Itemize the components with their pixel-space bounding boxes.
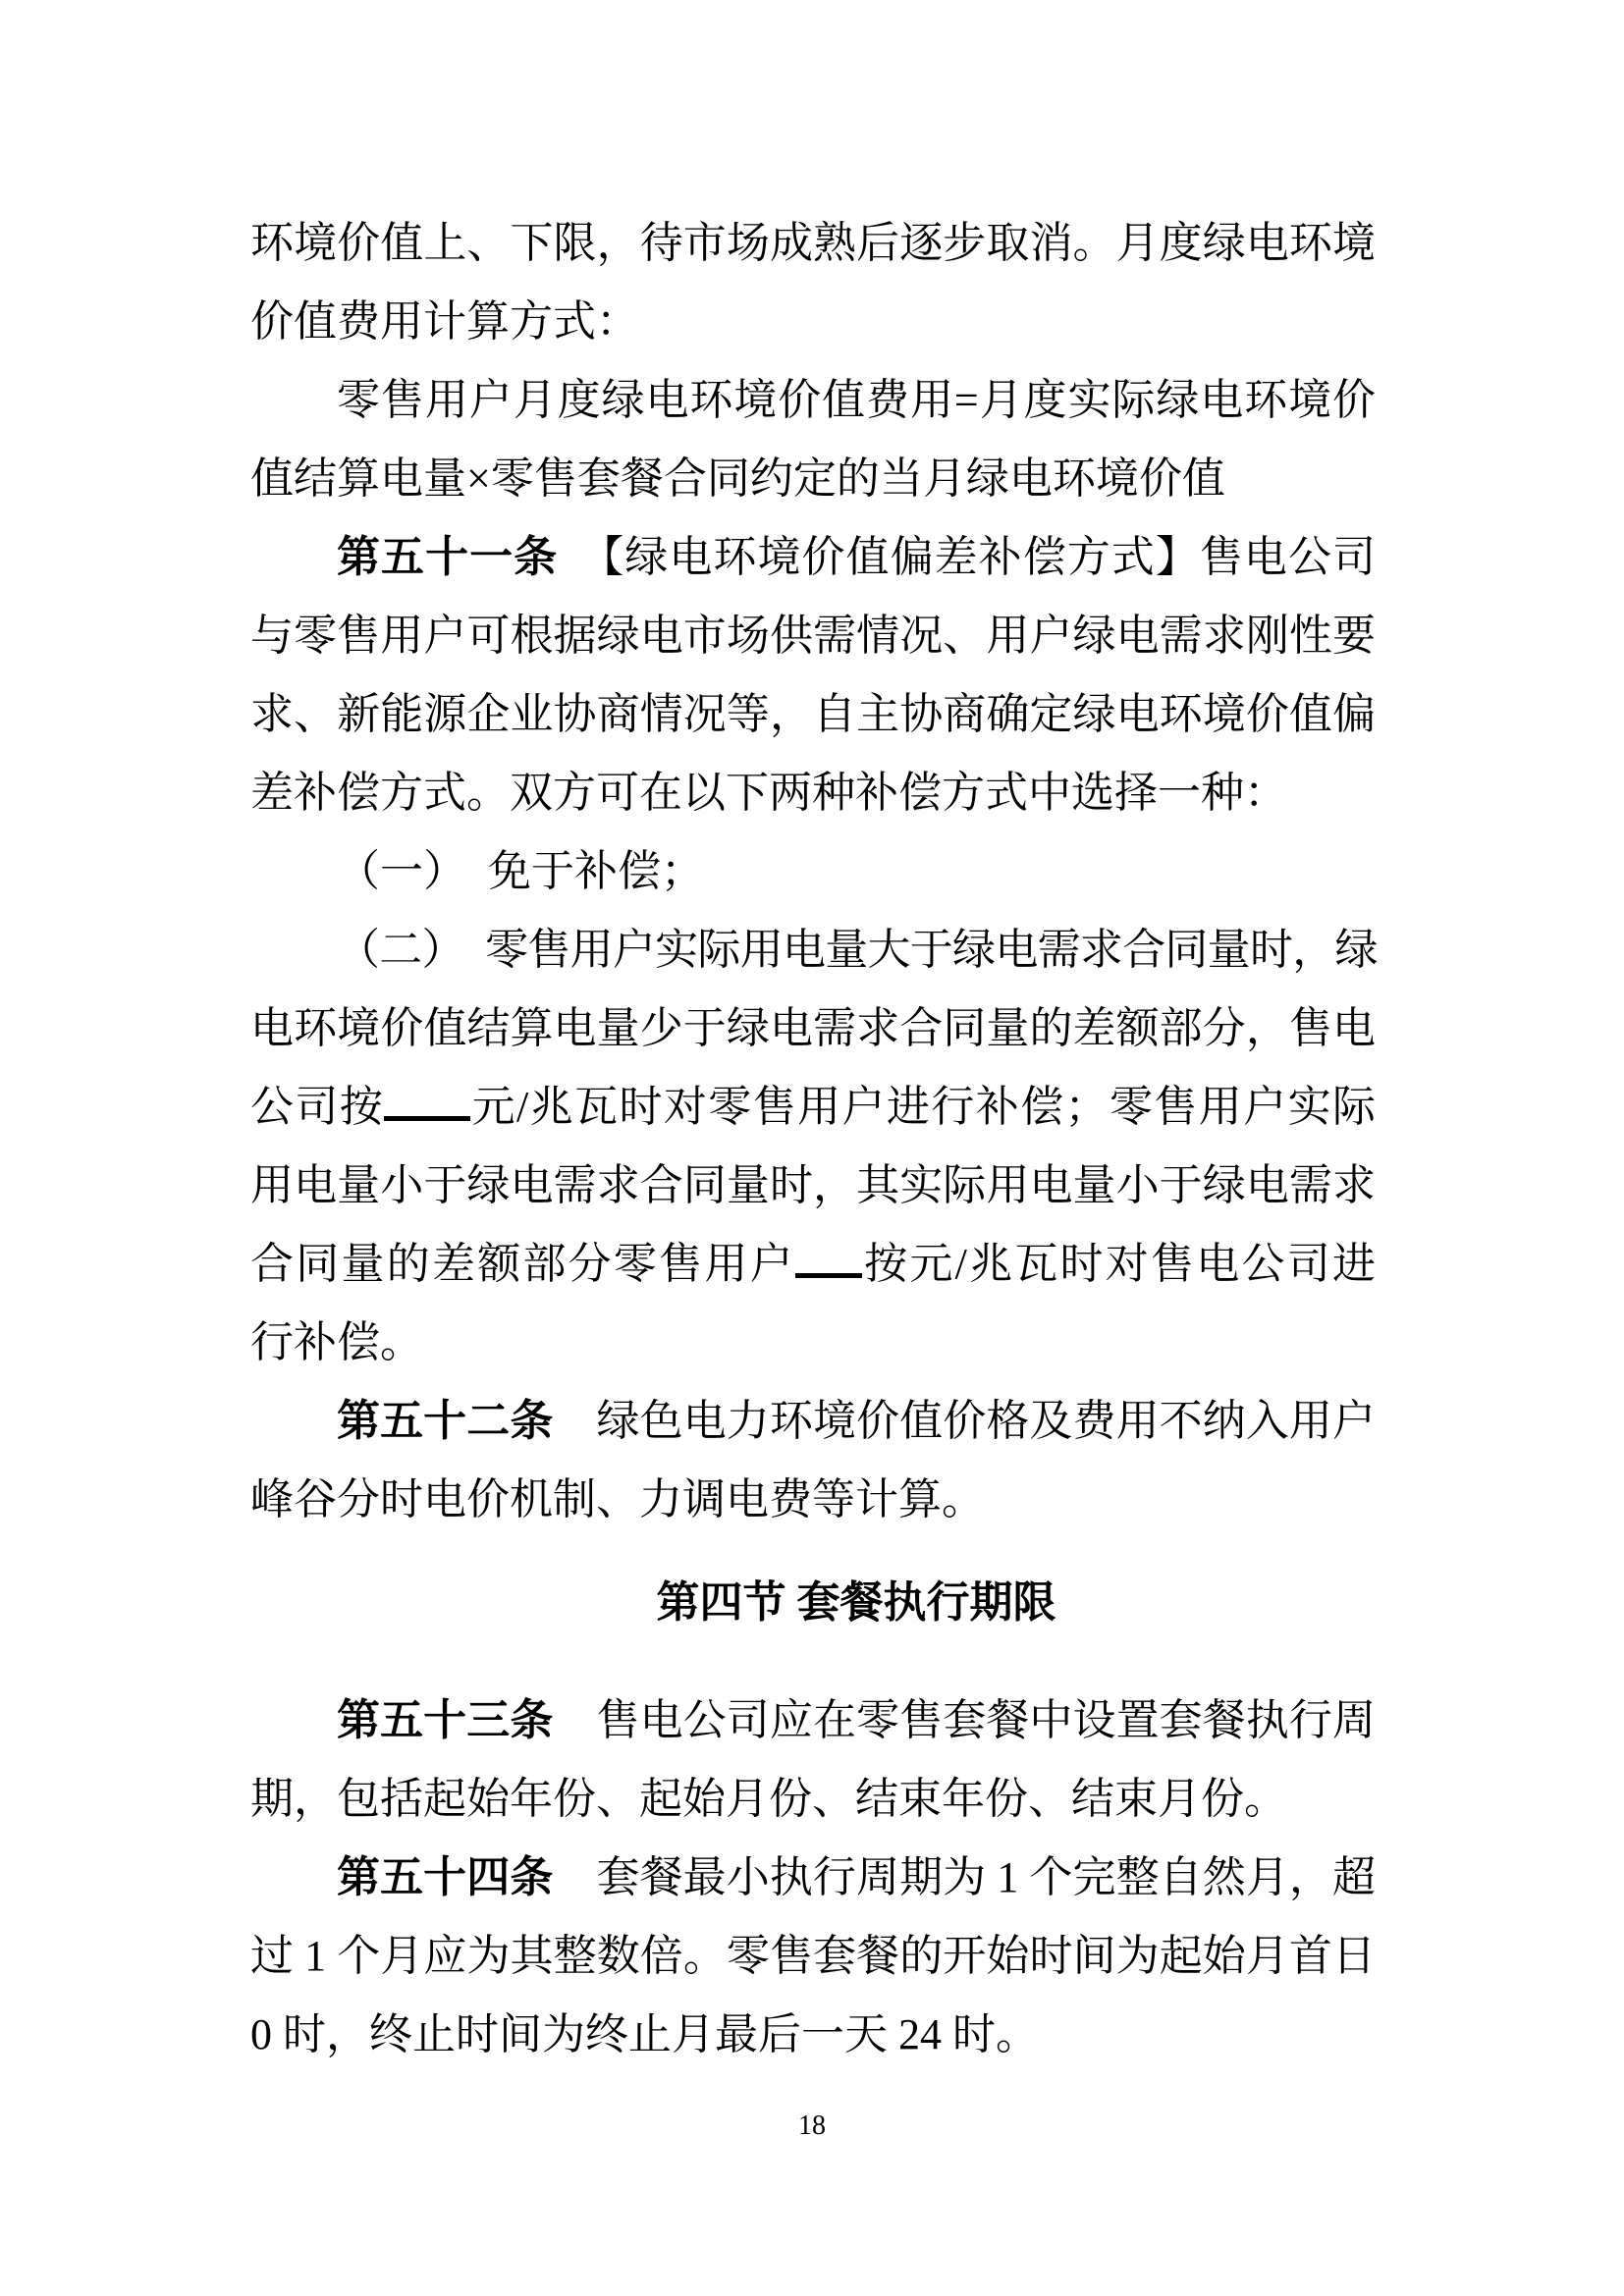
section-heading: 第四节 套餐执行期限 <box>250 1564 1376 1642</box>
text-segment: 售电公司应在零售套餐中设置套餐执行周 <box>597 1696 1376 1744</box>
text-segment <box>553 1696 596 1744</box>
text-line: （一） 免于补偿； <box>250 832 1376 911</box>
text-segment: 0 时，终止时间为终止月最后一天 24 时。 <box>250 2010 1039 2058</box>
text-line: 值结算电量×零售套餐合同约定的当月绿电环境价值 <box>250 440 1376 518</box>
text-segment: 第五十三条 <box>337 1696 553 1744</box>
text-segment: 电环境价值结算电量少于绿电需求合同量的差额部分，售电 <box>250 1004 1376 1052</box>
text-line: 电环境价值结算电量少于绿电需求合同量的差额部分，售电 <box>250 989 1376 1068</box>
text-line: （二） 零售用户实际用电量大于绿电需求合同量时，绿 <box>250 911 1376 989</box>
fill-in-blank <box>384 1080 470 1121</box>
text-segment: 用电量小于绿电需求合同量时，其实际用电量小于绿电需求 <box>250 1161 1376 1209</box>
text-segment: 与零售用户可根据绿电市场供需情况、用户绿电需求刚性要 <box>250 612 1376 660</box>
text-line: 第五十一条 【绿电环境价值偏差补偿方式】售电公司 <box>250 518 1376 597</box>
text-line: 求、新能源企业协商情况等，自主协商确定绿电环境价值偏 <box>250 675 1376 754</box>
text-line: 与零售用户可根据绿电市场供需情况、用户绿电需求刚性要 <box>250 597 1376 675</box>
text-segment: 过 1 个月应为其整数倍。零售套餐的开始时间为起始月首日 <box>250 1932 1376 1980</box>
page-number: 18 <box>0 2107 1624 2146</box>
text-segment: 第五十二条 <box>337 1397 553 1445</box>
text-line: 合同量的差额部分零售用户按元/兆瓦时对售电公司进 <box>250 1225 1376 1304</box>
text-segment: 第四节 套餐执行期限 <box>657 1578 1056 1627</box>
text-line: 期，包括起始年份、起始月份、结束年份、结束月份。 <box>250 1760 1376 1839</box>
text-segment: 价值费用计算方式： <box>250 297 639 346</box>
text-segment <box>553 1853 596 1901</box>
text-line: 0 时，终止时间为终止月最后一天 24 时。 <box>250 1996 1376 2074</box>
text-segment: 按元/兆瓦时对售电公司进 <box>862 1240 1376 1288</box>
text-line: 价值费用计算方式： <box>250 283 1376 361</box>
text-segment: 值结算电量×零售套餐合同约定的当月绿电环境价值 <box>250 454 1225 503</box>
text-segment: 公司按 <box>250 1083 384 1131</box>
text-segment: 第五十一条 <box>337 533 558 581</box>
text-line: 公司按元/兆瓦时对零售用户进行补偿；零售用户实际 <box>250 1068 1376 1147</box>
text-segment <box>558 533 602 581</box>
text-line: 用电量小于绿电需求合同量时，其实际用电量小于绿电需求 <box>250 1147 1376 1225</box>
text-segment: 期，包括起始年份、起始月份、结束年份、结束月份。 <box>250 1775 1287 1823</box>
text-segment: 差补偿方式。双方可在以下两种补偿方式中选择一种： <box>250 769 1287 817</box>
text-line: 第五十三条 售电公司应在零售套餐中设置套餐执行周 <box>250 1682 1376 1760</box>
text-segment <box>553 1397 596 1445</box>
text-line: 过 1 个月应为其整数倍。零售套餐的开始时间为起始月首日 <box>250 1917 1376 1996</box>
text-line: 行补偿。 <box>250 1304 1376 1382</box>
text-segment: （一） 免于补偿； <box>337 847 704 895</box>
text-segment: 第五十四条 <box>337 1853 553 1901</box>
text-line: 差补偿方式。双方可在以下两种补偿方式中选择一种： <box>250 754 1376 832</box>
document-page: 环境价值上、下限，待市场成熟后逐步取消。月度绿电环境价值费用计算方式：零售用户月… <box>0 0 1624 2296</box>
text-segment: 合同量的差额部分零售用户 <box>250 1240 795 1288</box>
text-segment: 行补偿。 <box>250 1318 423 1366</box>
document-body: 环境价值上、下限，待市场成熟后逐步取消。月度绿电环境价值费用计算方式：零售用户月… <box>250 204 1376 2074</box>
text-line: 峰谷分时电价机制、力调电费等计算。 <box>250 1461 1376 1539</box>
text-segment: 绿色电力环境价值价格及费用不纳入用户 <box>597 1397 1376 1445</box>
text-line: 第五十四条 套餐最小执行周期为 1 个完整自然月，超 <box>250 1839 1376 1917</box>
text-segment: 零售用户月度绿电环境价值费用=月度实际绿电环境价 <box>337 376 1376 424</box>
text-segment: 【绿电环境价值偏差补偿方式】售电公司 <box>602 533 1376 581</box>
text-segment: 峰谷分时电价机制、力调电费等计算。 <box>250 1475 985 1523</box>
text-line: 第五十二条 绿色电力环境价值价格及费用不纳入用户 <box>250 1382 1376 1461</box>
text-segment: 环境价值上、下限，待市场成熟后逐步取消。月度绿电环境 <box>250 219 1376 267</box>
text-segment: （二） 零售用户实际用电量大于绿电需求合同量时，绿 <box>337 926 1376 974</box>
text-segment: 求、新能源企业协商情况等，自主协商确定绿电环境价值偏 <box>250 690 1376 738</box>
text-segment: 套餐最小执行周期为 1 个完整自然月，超 <box>597 1853 1377 1901</box>
fill-in-blank <box>795 1237 862 1278</box>
text-line: 环境价值上、下限，待市场成熟后逐步取消。月度绿电环境 <box>250 204 1376 283</box>
text-line: 零售用户月度绿电环境价值费用=月度实际绿电环境价 <box>250 361 1376 440</box>
text-segment: 元/兆瓦时对零售用户进行补偿；零售用户实际 <box>470 1083 1376 1131</box>
